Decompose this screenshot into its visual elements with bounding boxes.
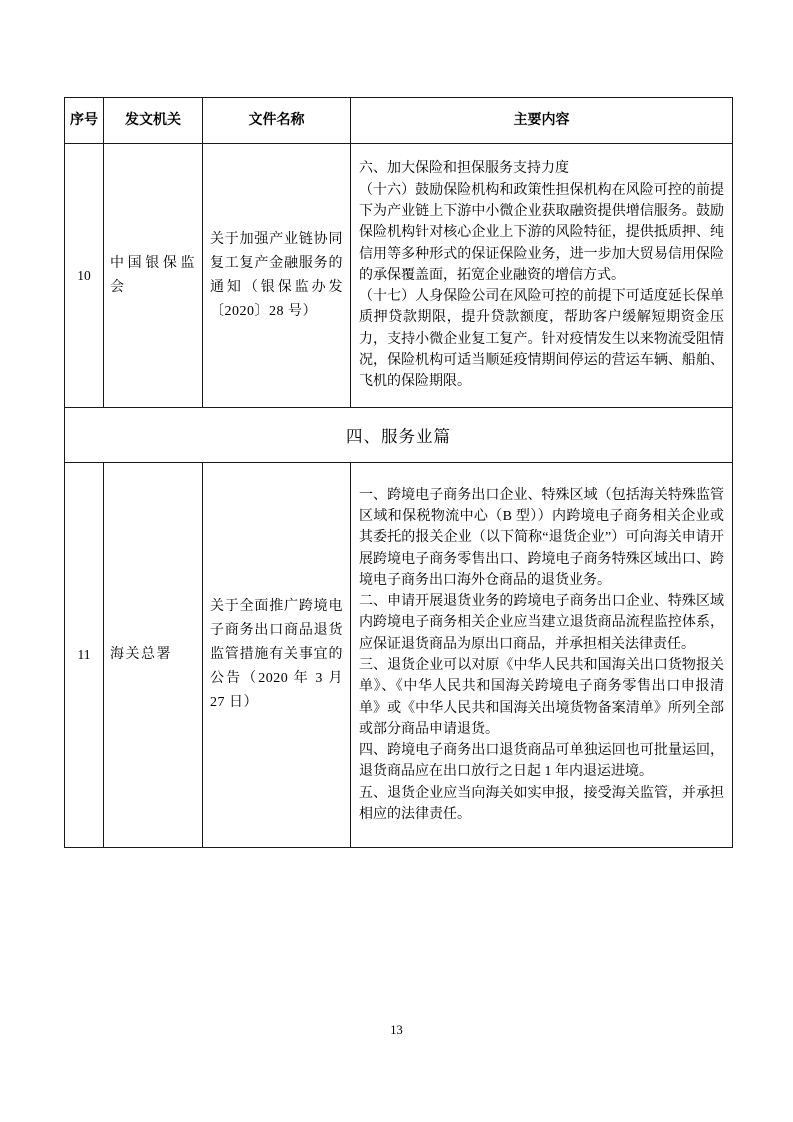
table-header-row: 序号 发文机关 文件名称 主要内容 [65, 98, 733, 144]
table-row: 10 中国银保监会 关于加强产业链协同复工复产金融服务的通知（银保监办发〔202… [65, 144, 733, 408]
section-header-row: 四、服务业篇 [65, 408, 733, 463]
column-header-content: 主要内容 [351, 98, 733, 144]
row-main-content: 六、加大保险和担保服务支持力度 （十六）鼓励保险机构和政策性担保机构在风险可控的… [351, 144, 733, 408]
row-main-content: 一、跨境电子商务出口企业、特殊区域（包括海关特殊监管区域和保税物流中心（B 型）… [351, 463, 733, 848]
column-header-agency: 发文机关 [104, 98, 203, 144]
row-doc-title: 关于加强产业链协同复工复产金融服务的通知（银保监办发〔2020〕28 号） [203, 144, 351, 408]
row-seq: 11 [65, 463, 104, 848]
row-seq: 10 [65, 144, 104, 408]
row-agency: 海关总署 [104, 463, 203, 848]
policy-table: 序号 发文机关 文件名称 主要内容 10 中国银保监会 关于加强产业链协同复工复… [64, 97, 733, 848]
row-doc-title: 关于全面推广跨境电子商务出口商品退货监管措施有关事宜的公告（2020 年 3 月… [203, 463, 351, 848]
table-row: 11 海关总署 关于全面推广跨境电子商务出口商品退货监管措施有关事宜的公告（20… [65, 463, 733, 848]
section-title: 四、服务业篇 [65, 408, 733, 463]
column-header-title: 文件名称 [203, 98, 351, 144]
row-agency: 中国银保监会 [104, 144, 203, 408]
page-number: 13 [0, 1023, 793, 1038]
column-header-seq: 序号 [65, 98, 104, 144]
